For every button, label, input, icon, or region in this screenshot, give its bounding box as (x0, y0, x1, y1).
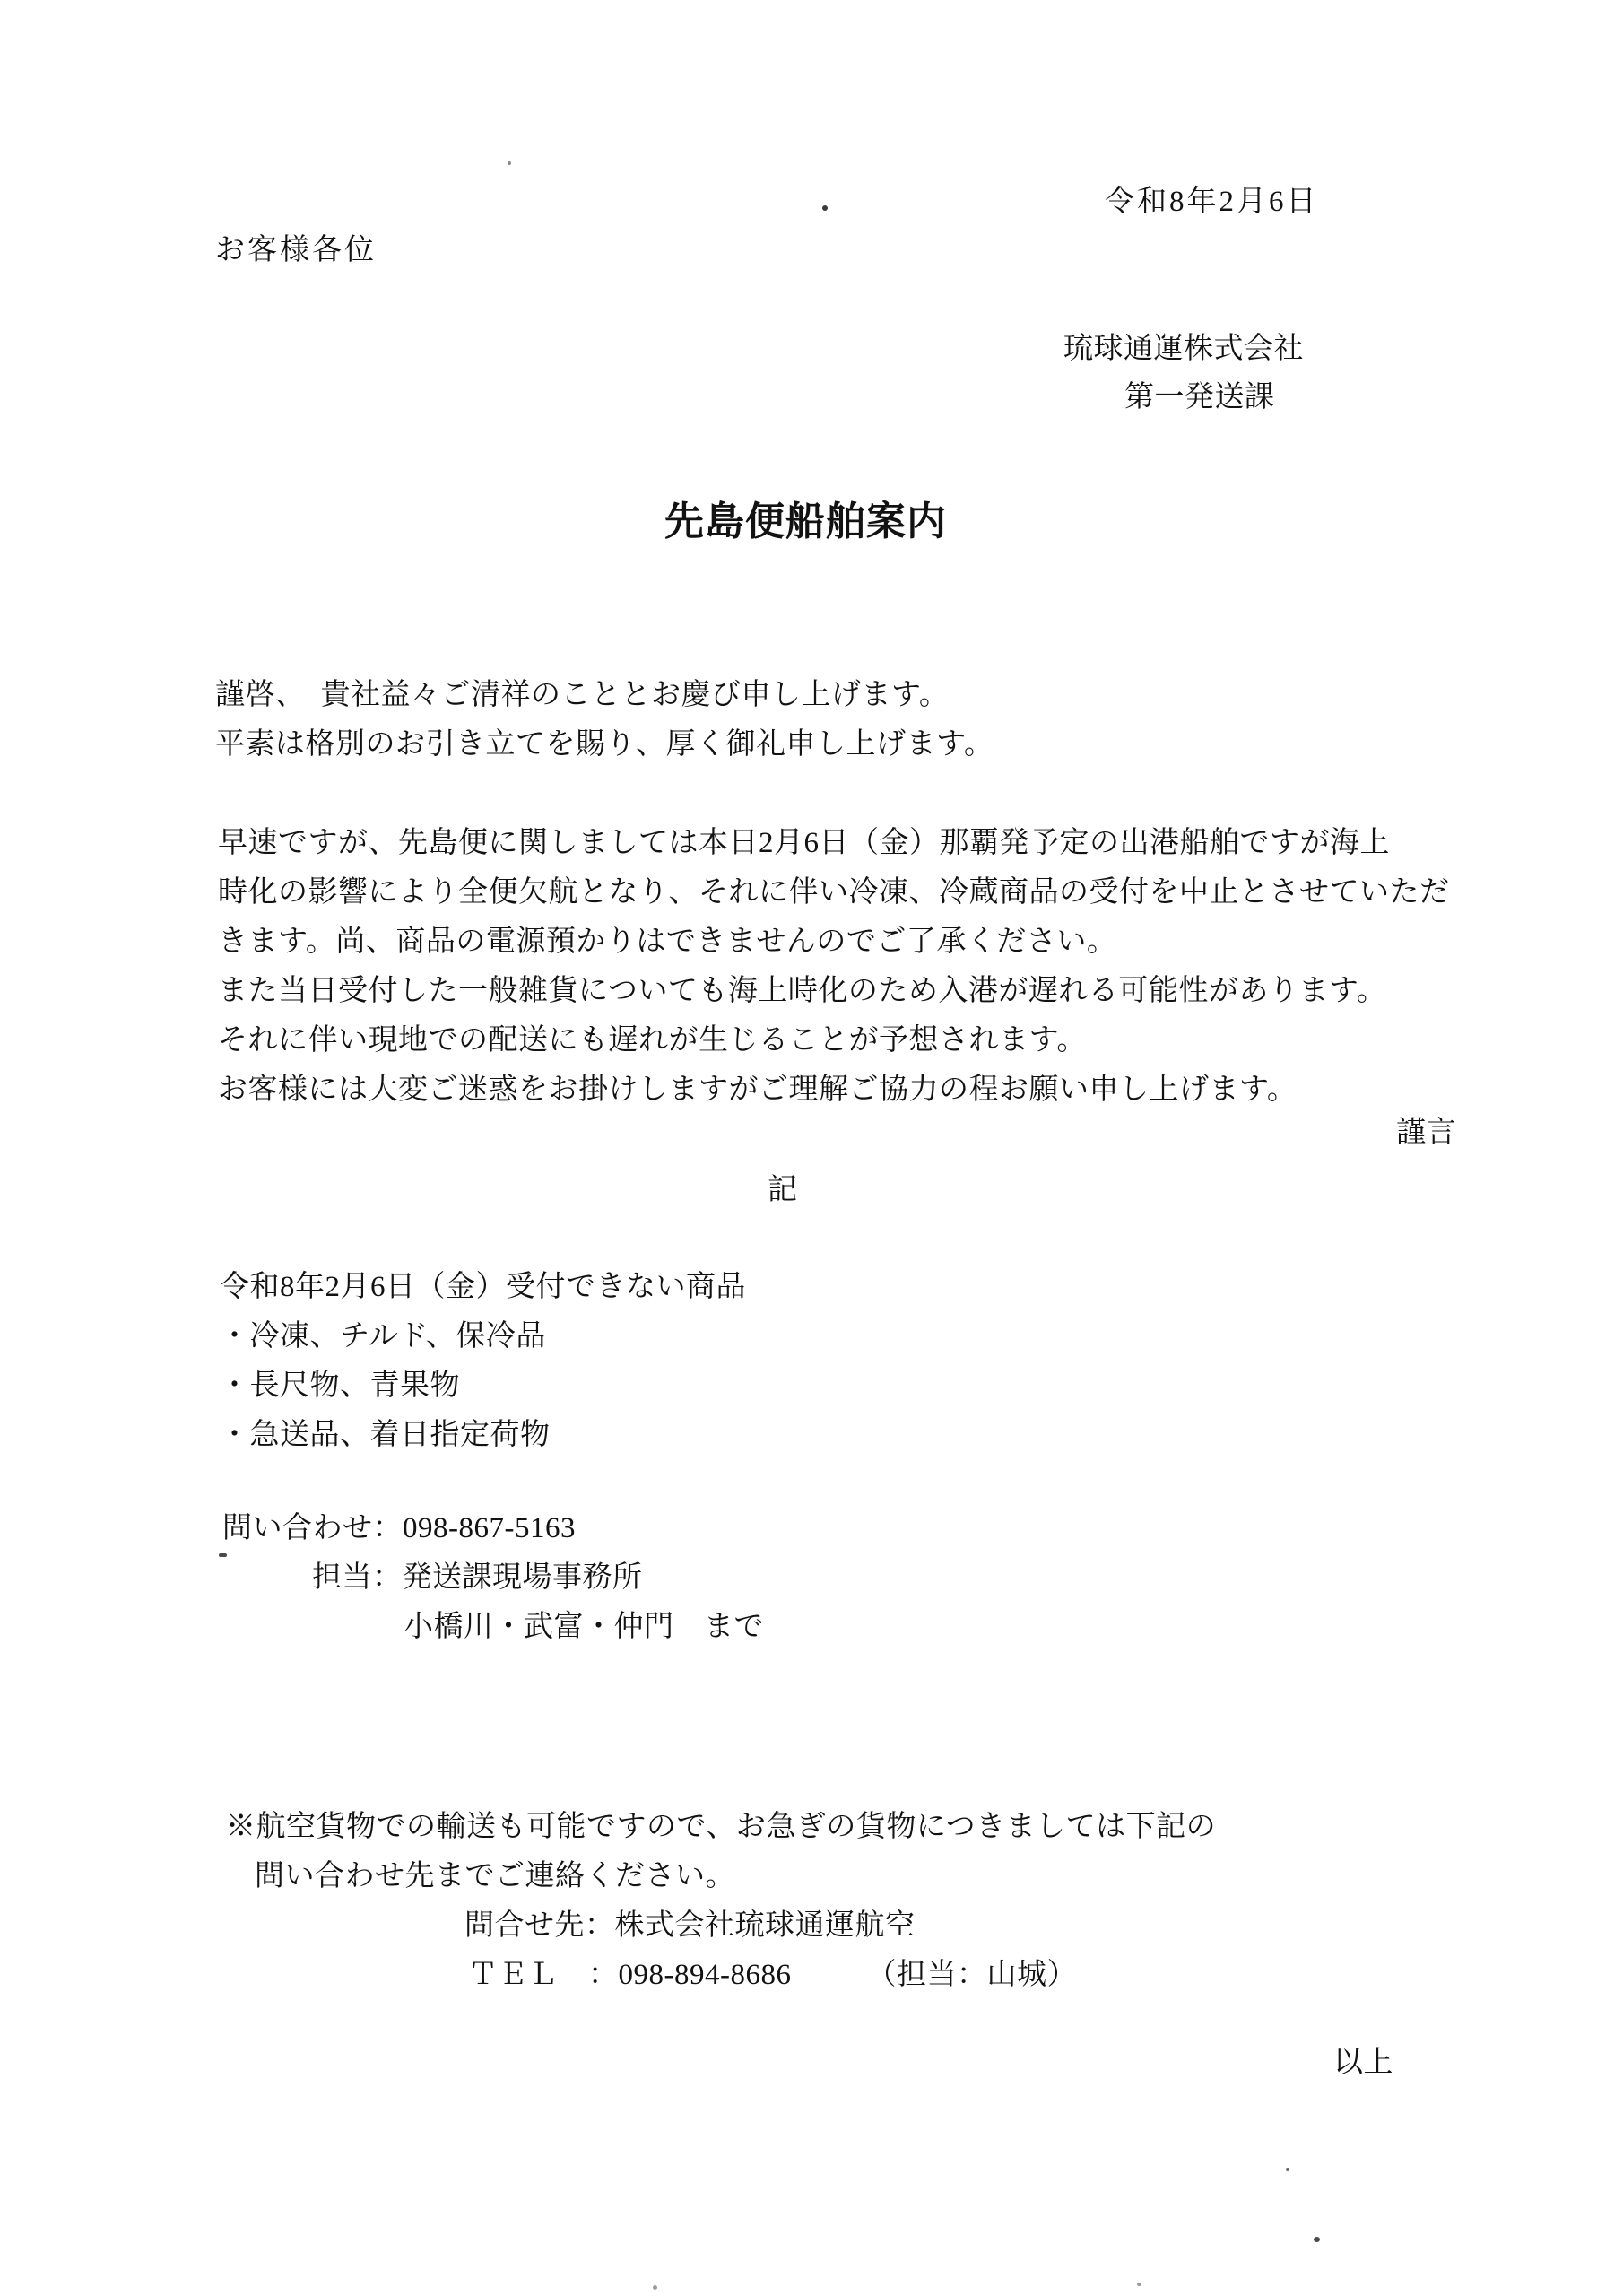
greeting-line-1: 謹啓、 貴社益々ご清祥のこととお慶び申し上げます。 (215, 671, 994, 720)
scan-speck (219, 1553, 227, 1557)
contact-block: 問い合わせ：098-867-5163 担当：発送課現場事務所 小橋川・武富・仲門… (222, 1504, 764, 1652)
notice-item-2: ・長尺物、青果物 (220, 1361, 746, 1411)
air-note-line-1: ※航空貨物での輸送も可能ですので、お急ぎの貨物につきましては下記の (226, 1803, 1216, 1852)
closing-word: 謹言 (1396, 1109, 1456, 1158)
air-note-tel-line: ＴＥＬ ：098-894-8686 （担当：山城） (468, 1951, 1216, 2000)
end-marker: 以上 (1333, 2039, 1393, 2088)
record-marker: 記 (768, 1166, 798, 1215)
body-line-3: きます。尚、商品の電源預かりはできませんのでご了承ください。 (218, 918, 1450, 967)
contact-office-line: 担当：発送課現場事務所 (312, 1553, 764, 1603)
greeting-line-2: 平素は格別のお引き立てを賜り、厚く御礼申し上げます。 (215, 720, 994, 770)
notice-heading: 令和8年2月6日（金）受付できない商品 (220, 1263, 746, 1312)
sender-company: 琉球通運株式会社 (1063, 325, 1304, 374)
greeting-block: 謹啓、 貴社益々ご清祥のこととお慶び申し上げます。 平素は格別のお引き立てを賜り… (215, 671, 994, 770)
body-line-6: お客様には大変ご迷惑をお掛けしますがご理解ご協力の程お願い申し上げます。 (218, 1065, 1450, 1115)
notice-item-1: ・冷凍、チルド、保冷品 (220, 1312, 746, 1361)
body-line-5: それに伴い現地での配送にも遅れが生じることが予想されます。 (218, 1016, 1450, 1065)
notice-item-3: ・急送品、着日指定荷物 (220, 1411, 746, 1460)
scanned-letter-page: 令和8年2月6日 お客様各位 琉球通運株式会社 第一発送課 先島便船舶案内 謹啓… (0, 0, 1623, 2296)
notice-block: 令和8年2月6日（金）受付できない商品 ・冷凍、チルド、保冷品 ・長尺物、青果物… (220, 1263, 746, 1460)
scan-speck (1286, 2168, 1289, 2171)
scan-speck (653, 2285, 657, 2290)
air-note-line-2: 問い合わせ先までご連絡ください。 (255, 1852, 1216, 1901)
document-title: 先島便船舶案内 (664, 495, 947, 549)
scan-speck (508, 161, 511, 165)
air-note-contact-line: 問合せ先：株式会社琉球通運航空 (464, 1901, 1216, 1951)
body-paragraph: 早速ですが、先島便に関しましては本日2月6日（金）那覇発予定の出港船舶ですが海上… (218, 819, 1450, 1115)
sender-department: 第一発送課 (1124, 373, 1275, 422)
letter-date: 令和8年2月6日 (1105, 178, 1319, 227)
contact-persons-line: 小橋川・武富・仲門 まで (404, 1603, 764, 1652)
contact-phone-line: 問い合わせ：098-867-5163 (222, 1504, 764, 1553)
body-line-2: 時化の影響により全便欠航となり、それに伴い冷凍、冷蔵商品の受付を中止とさせていた… (218, 868, 1450, 918)
scan-speck (1137, 2283, 1141, 2286)
body-line-1: 早速ですが、先島便に関しましては本日2月6日（金）那覇発予定の出港船舶ですが海上 (218, 819, 1450, 868)
scan-speck (822, 205, 828, 211)
air-note-block: ※航空貨物での輸送も可能ですので、お急ぎの貨物につきましては下記の 問い合わせ先… (226, 1803, 1216, 2000)
scan-speck (1314, 2237, 1320, 2242)
recipient-line: お客様各位 (215, 226, 377, 275)
body-line-4: また当日受付した一般雑貨についても海上時化のため入港が遅れる可能性があります。 (218, 967, 1450, 1016)
